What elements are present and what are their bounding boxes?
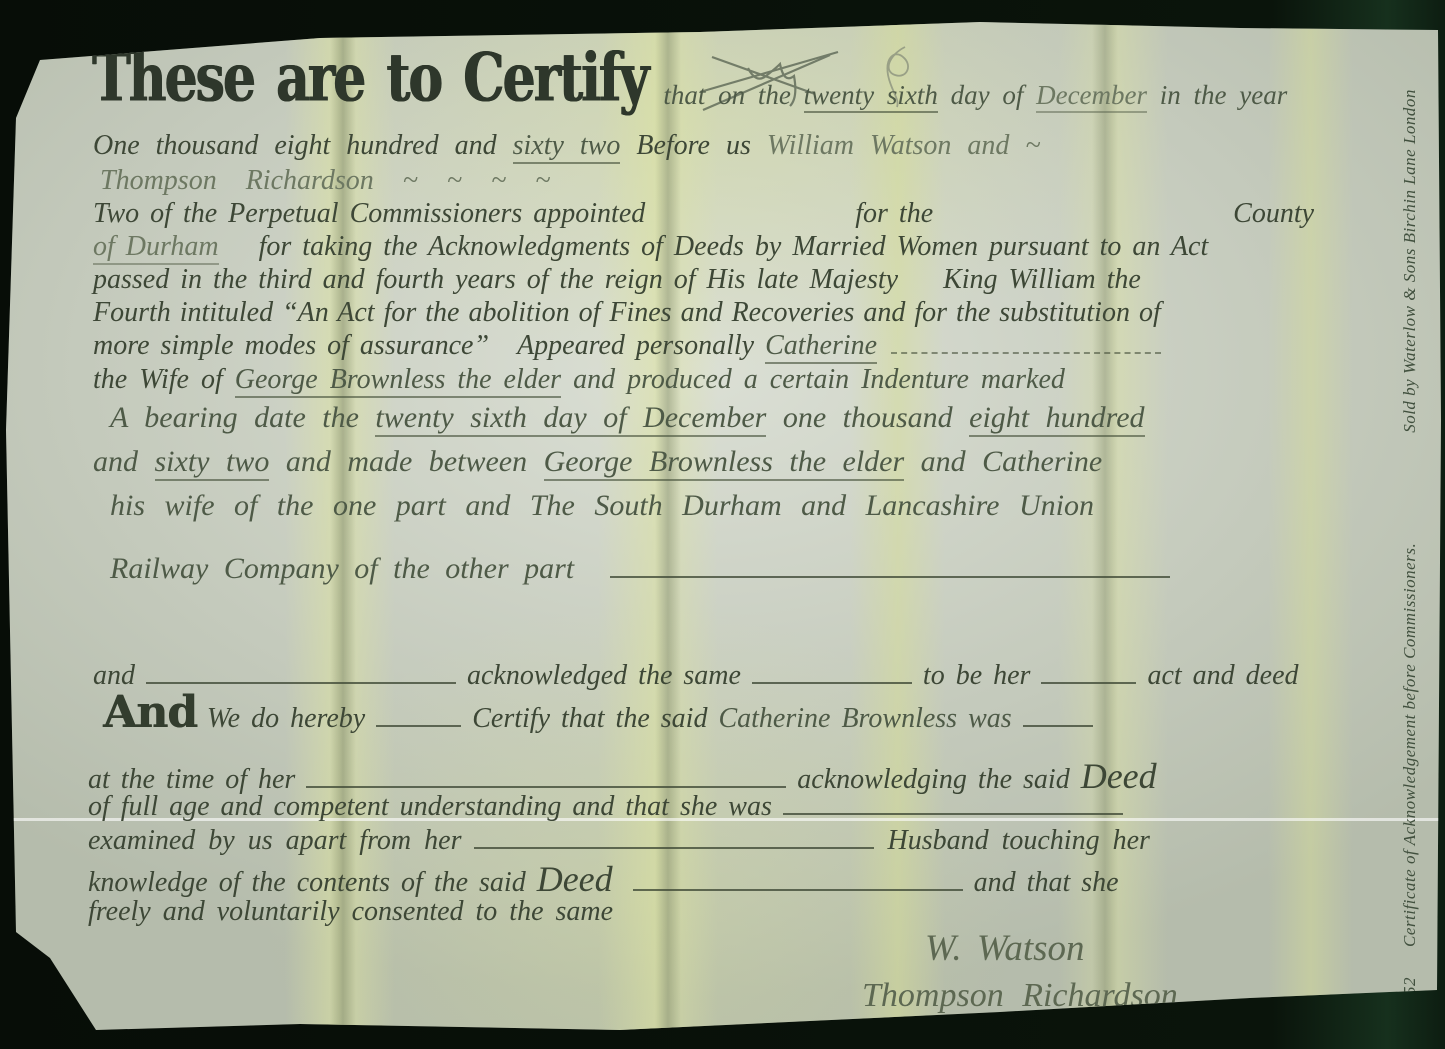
text-segment: the Wife of [93,364,235,395]
text-segment: his wife of the one part and The South D… [110,489,1094,522]
text-segment: passed in the third and fourth years of … [93,264,898,295]
blank-underline [306,766,786,788]
text-segment: eight hundred [969,401,1144,437]
blank-underline [474,827,874,849]
text-segment: Fourth intituled “An Act for the aboliti… [93,297,1161,328]
text-segment: twenty sixth [804,80,938,113]
text-segment: Two of the Perpetual Commissioners appoi… [93,198,645,229]
text-segment: knowledge of the contents of the said [88,867,537,898]
text-segment: of Durham [93,231,219,265]
doc-line: examined by us apart from her Husband to… [88,825,1150,856]
parchment: These are to Certifythat on the twenty s… [0,0,1445,1049]
doc-line: Two of the Perpetual Commissioners appoi… [93,198,1314,229]
text-segment: acknowledged the same [456,660,752,691]
spacer [898,285,943,288]
text-segment: We do hereby [207,703,376,734]
text-segment: that on the [663,80,803,110]
blank-underline [376,705,461,727]
text-segment: Thompson Richardson [100,165,374,196]
text-segment: Husband touching her [874,825,1149,856]
text-segment: Deed [537,859,613,899]
spacer [877,351,891,354]
doc-line: of Durhamfor taking the Acknowledgments … [93,231,1208,262]
text-segment: sixty two [155,445,270,481]
doc-line: One thousand eight hundred and sixty two… [93,130,1041,161]
text-segment: more simple modes of assurance” [93,330,489,361]
doc-line: the Wife of George Brownless the elder a… [93,364,1065,395]
blank-underline [1023,705,1093,727]
text-segment: and that she [963,867,1119,898]
blank-underline [633,869,963,891]
scanned-deed-page: These are to Certifythat on the twenty s… [0,0,1445,1049]
printer-imprint: Sold by Waterlow & Sons Birchin Lane Lon… [1400,89,1419,433]
text-segment: Thompson Richardson [862,977,1178,1014]
doc-line: more simple modes of assurance”Appeared … [93,330,1161,361]
text-segment: One thousand eight hundred and [93,130,513,161]
text-segment: William Watson and ~ [767,130,1041,161]
sidebar-imprint: 352Certificate of Acknowledgement before… [1390,0,1442,1049]
signature-richardson: Thompson Richardson [862,977,1178,1015]
text-segment: and made between [269,445,543,478]
text-segment: for taking the Acknowledgments of Deeds … [259,231,1209,262]
text-segment: King William the [943,264,1141,295]
text-segment: sixty two [513,130,621,164]
text-segment: act and deed [1136,660,1298,691]
doc-line: AndWe do hereby Certify that the said Ca… [103,688,1093,737]
text-segment: one thousand [766,401,969,434]
form-number: 352 [1400,977,1419,1004]
text-segment: W. Watson [925,928,1085,969]
text-segment: Deed [1081,756,1157,796]
doc-line: knowledge of the contents of the said De… [88,859,1119,899]
text-segment: for the [855,198,933,229]
text-segment: day of [938,80,1036,110]
spacer [489,351,517,354]
doc-line: Railway Company of the other part [110,552,1170,586]
text-segment: A bearing date the [110,401,375,434]
text-segment: Certify that the said [461,703,718,734]
doc-line: Fourth intituled “An Act for the aboliti… [93,297,1161,328]
text-segment: Before us [620,130,767,161]
text-segment: and [93,445,155,478]
text-segment: examined by us apart from her [88,825,474,856]
doc-line: and sixty two and made between George Br… [93,445,1102,479]
text-segment: in the year [1147,80,1287,110]
doc-line: These are to Certifythat on the twenty s… [92,58,1287,116]
spacer [933,219,1233,222]
text-segment: Catherine Brownless was [718,703,1022,734]
text-segment: and Catherine [904,445,1102,478]
blank-underline [1041,662,1136,684]
text-segment: Appeared personally [517,330,765,361]
blank-underline [783,793,1123,815]
doc-line: passed in the third and fourth years of … [93,264,1141,295]
doc-line: freely and voluntarily consented to the … [88,896,613,927]
spacer [590,575,610,578]
sidebar-imprint-text: 352Certificate of Acknowledgement before… [1400,89,1420,1004]
doc-line: his wife of the one part and The South D… [110,489,1094,523]
text-segment: twenty sixth day of December [375,401,766,437]
blank-underline [891,332,1161,354]
doc-line: and acknowledged the same to be her act … [93,660,1299,691]
blank-underline [610,554,1170,578]
text-segment: December [1036,80,1147,113]
text-segment: of full age and competent understanding … [88,791,783,822]
blank-underline [752,662,912,684]
text-segment: County [1233,198,1314,229]
spacer [219,252,259,255]
text-segment: George Brownless the elder [235,364,561,398]
signature-watson: W. Watson [925,928,1085,969]
spacer [645,219,855,222]
text-segment: to be her [912,660,1042,691]
doc-line: of full age and competent understanding … [88,791,1123,822]
spacer [613,888,633,891]
text-segment: Catherine [765,330,877,364]
blank-underline [146,662,456,684]
doc-line: A bearing date the twenty sixth day of D… [110,401,1145,435]
text-segment: Railway Company of the other part [110,552,590,585]
text-segment: freely and voluntarily consented to the … [88,896,613,927]
commissioner-name: Thompson Richardson ~ ~ ~ ~ [100,165,550,196]
text-segment: ~ ~ ~ ~ [374,165,551,196]
text-segment: George Brownless the elder [544,445,905,481]
form-title: Certificate of Acknowledgement before Co… [1400,543,1419,947]
text-segment: These are to Certify [92,42,647,117]
text-segment: and produced a certain Indenture marked [561,364,1065,395]
text-segment: And [103,687,197,738]
